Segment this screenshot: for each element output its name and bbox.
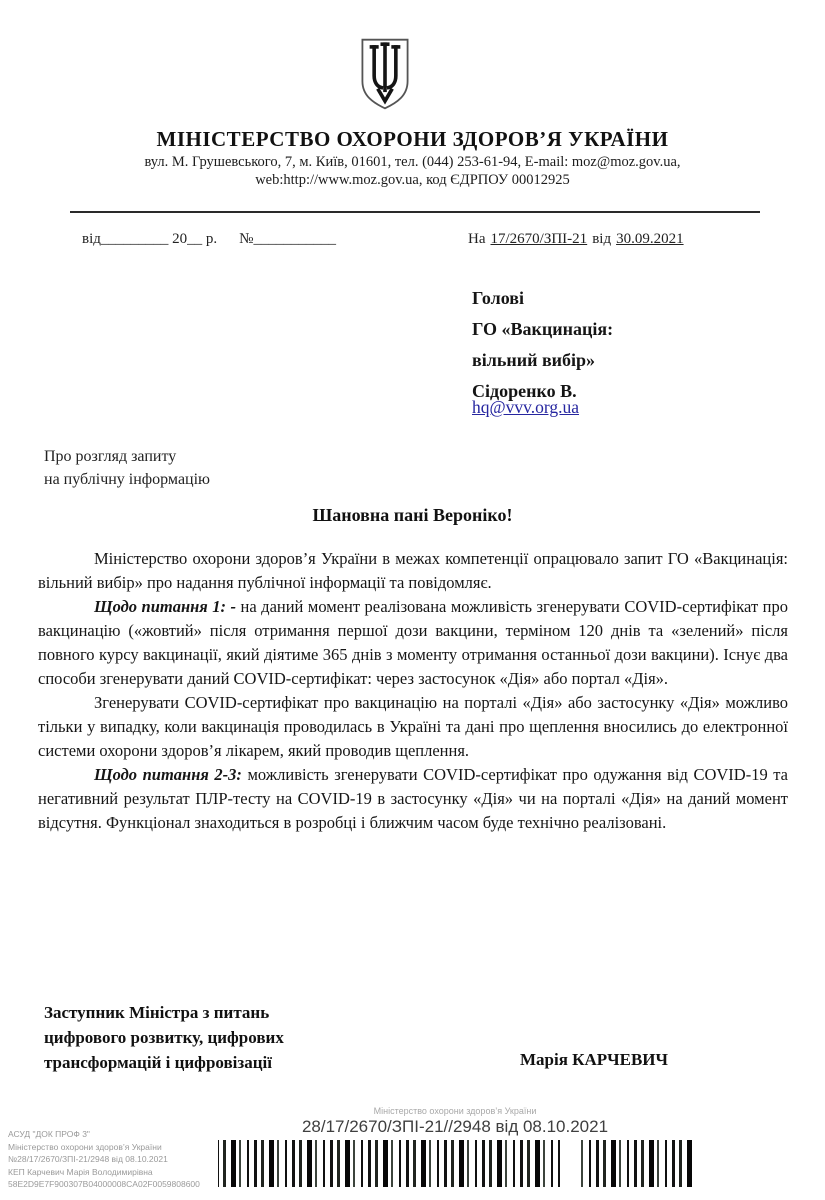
subject-line: на публічну інформацію: [44, 468, 210, 491]
barcode-icon: [216, 1140, 694, 1187]
paragraph-question-1: Щодо питання 1: - на даний момент реаліз…: [38, 595, 788, 691]
salutation: Шановна пані Вероніко!: [0, 505, 825, 526]
outgoing-date-blank: від_________ 20__ р.: [82, 231, 217, 247]
incoming-ref-date: 30.09.2021: [616, 231, 684, 247]
stamp-line: АСУД "ДОК ПРОФ 3": [8, 1128, 218, 1141]
letter-page: { "colors": { "link_blue": "#2626a0", "s…: [0, 0, 825, 1200]
paragraph-intro: Міністерство охорони здоров’я України в …: [38, 547, 788, 595]
incoming-ref-mid: від: [592, 231, 611, 247]
address-line-2: web:http://www.moz.gov.ua, код ЄДРПОУ 00…: [0, 172, 825, 190]
recipient-line: ГО «Вакцинація:: [472, 314, 613, 345]
ministry-title: МІНІСТЕРСТВО ОХОРОНИ ЗДОРОВ’Я УКРАЇНИ: [0, 127, 825, 152]
barcode-org-label: Міністерство охорони здоров’я України: [205, 1106, 705, 1116]
registration-stamp: АСУД "ДОК ПРОФ 3" Міністерство охорони з…: [8, 1128, 218, 1191]
signature-position-line: Заступник Міністра з питань: [44, 1000, 284, 1025]
recipient-line: Голові: [472, 283, 613, 314]
stamp-line: КЕП Карчевич Марія Володимирівна: [8, 1166, 218, 1179]
incoming-ref-number: 17/2670/ЗПІ-21: [491, 231, 588, 247]
question-1-lead: Щодо питання 1: -: [94, 597, 236, 616]
signature-position-line: цифрового розвитку, цифрових: [44, 1025, 284, 1050]
outgoing-ref-blanks: від_________ 20__ р.№___________: [82, 231, 336, 248]
outgoing-number-blank: №___________: [239, 231, 336, 247]
stamp-line: 58E2D9E7F900307B04000008CA02F0059808600: [8, 1178, 218, 1191]
ukraine-trident-emblem: [357, 34, 413, 114]
barcode-block: Міністерство охорони здоров’я України 28…: [205, 1106, 705, 1187]
subject-block: Про розгляд запиту на публічну інформаці…: [44, 445, 210, 491]
question-2-3-lead: Щодо питання 2-3:: [94, 765, 242, 784]
paragraph-diia: Згенерувати COVID-сертифікат про вакцина…: [38, 691, 788, 763]
subject-line: Про розгляд запиту: [44, 445, 210, 468]
recipient-email-link[interactable]: hq@vvv.org.ua: [472, 397, 579, 418]
stamp-line: №28/17/2670/ЗПІ-21/2948 від 08.10.2021: [8, 1153, 218, 1166]
stamp-line: Міністерство охорони здоров’я України: [8, 1141, 218, 1154]
signature-name: Марія КАРЧЕВИЧ: [520, 1050, 668, 1070]
incoming-ref-prefix: На: [468, 231, 486, 247]
recipient-line: вільний вибір»: [472, 345, 613, 376]
incoming-ref: На17/2670/ЗПІ-21від30.09.2021: [468, 231, 689, 248]
letter-body: Міністерство охорони здоров’я України в …: [38, 547, 788, 835]
document-registration-number: 28/17/2670/ЗПІ-21//2948 від 08.10.2021: [205, 1117, 705, 1137]
header-divider: [70, 211, 760, 213]
recipient-block: Голові ГО «Вакцинація: вільний вибір» Сі…: [472, 283, 613, 407]
paragraph-question-2-3: Щодо питання 2-3: можливість згенерувати…: [38, 763, 788, 835]
signature-position-line: трансформацій і цифровізації: [44, 1050, 284, 1075]
signature-position: Заступник Міністра з питань цифрового ро…: [44, 1000, 284, 1075]
address-line-1: вул. М. Грушевського, 7, м. Київ, 01601,…: [0, 154, 825, 172]
ministry-address: вул. М. Грушевського, 7, м. Київ, 01601,…: [0, 154, 825, 189]
